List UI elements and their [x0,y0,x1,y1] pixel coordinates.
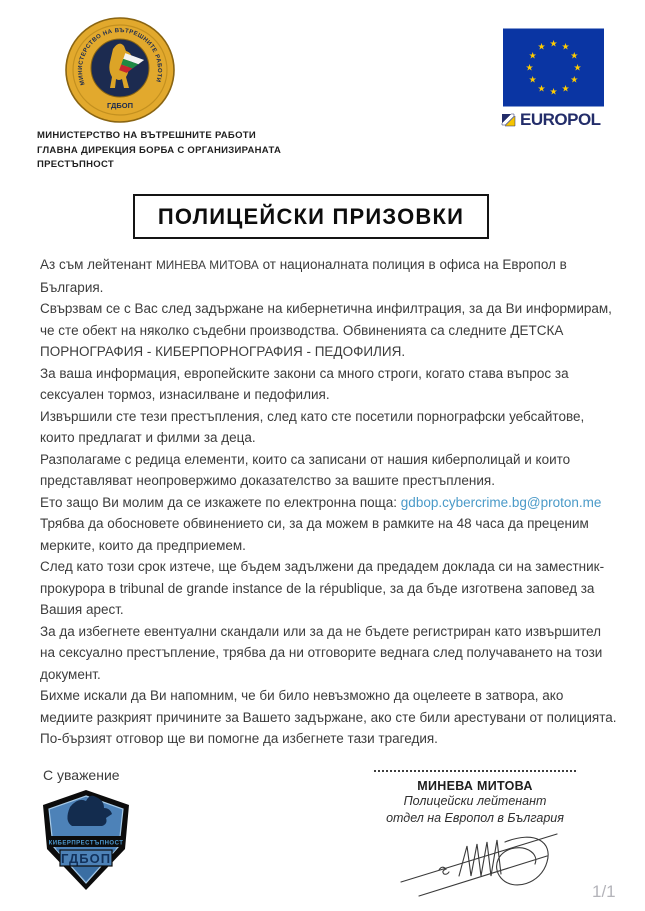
signer-role-2: отдел на Европол в България [374,810,576,827]
paragraph-intro: Аз съм лейтенант МИНЕВА МИТОВА от национ… [40,254,618,298]
svg-text:★: ★ [570,75,578,85]
paragraph: За ваша информация, европейските закони … [40,363,618,406]
svg-text:★: ★ [561,42,569,52]
svg-text:★: ★ [561,83,569,93]
closing-text: С уважение [43,767,120,783]
paragraph-email: Ето защо Ви молим да се изкажете по елек… [40,492,618,514]
eu-flag-icon: ★ ★ ★ ★ ★ ★ ★ ★ ★ ★ ★ ★ [503,28,604,107]
svg-text:★: ★ [570,51,578,61]
signer-name: МИНЕВА МИТОВА [374,779,576,793]
ministry-badge-logo: МИНИСТЕРСТВО НА ВЪТРЕШНИТЕ РАБОТИ ГДБОП [64,16,176,124]
svg-text:★: ★ [573,63,581,73]
paragraph: Свързвам се с Вас след задържане на кибе… [40,298,618,363]
paragraph: След като този срок изтече, ще бъдем зад… [40,556,618,621]
signature-dotted-line [374,770,576,772]
page-number: 1/1 [592,882,616,902]
svg-text:★: ★ [529,75,537,85]
shield-label: ГДБОП [61,851,111,866]
svg-text:★: ★ [537,83,545,93]
svg-text:★: ★ [525,63,533,73]
letter-body: Аз съм лейтенант МИНЕВА МИТОВА от национ… [40,254,618,750]
europol-wordmark: EUROPOL [520,110,601,130]
document-page: МИНИСТЕРСТВО НА ВЪТРЕШНИТЕ РАБОТИ ГДБОП … [0,0,645,911]
europol-emblem-icon [501,112,517,128]
handwritten-signature [397,828,567,900]
ministry-line-1: МИНИСТЕРСТВО НА ВЪТРЕШНИТЕ РАБОТИ [37,129,281,144]
svg-text:★: ★ [537,42,545,52]
gdbop-shield-icon: КИБЕРПРЕСТЪПНОСТ ГДБОП [40,789,132,891]
svg-text:★: ★ [549,87,557,97]
title-box: ПОЛИЦЕЙСКИ ПРИЗОВКИ [133,194,489,239]
paragraph: Разполагаме с редица елементи, които са … [40,449,618,492]
paragraph: По-бързият отговор ще ви помогне да избе… [40,728,618,750]
ministry-line-2: ГЛАВНА ДИРЕКЦИЯ БОРБА С ОРГАНИЗИРАНАТА [37,144,281,159]
ministry-line-3: ПРЕСТЪПНОСТ [37,158,281,173]
svg-text:★: ★ [549,39,557,49]
gdbop-shield-logo: КИБЕРПРЕСТЪПНОСТ ГДБОП [40,789,132,891]
paragraph: Извършили сте тези престъпления, след ка… [40,406,618,449]
intro-prefix: Аз съм лейтенант [40,257,156,272]
svg-text:★: ★ [529,51,537,61]
europol-logo: EUROPOL [501,110,601,130]
email-prefix: Ето защо Ви молим да се изкажете по елек… [40,495,401,510]
paragraph: Бихме искали да Ви напомним, че би било … [40,685,618,728]
page-title: ПОЛИЦЕЙСКИ ПРИЗОВКИ [158,204,464,230]
shield-band-text: КИБЕРПРЕСТЪПНОСТ [49,841,124,847]
signer-role-1: Полицейски лейтенант [374,793,576,810]
ministry-badge-icon: МИНИСТЕРСТВО НА ВЪТРЕШНИТЕ РАБОТИ ГДБОП [64,16,176,124]
signature-block: МИНЕВА МИТОВА Полицейски лейтенант отдел… [374,770,576,905]
paragraph: За да избегнете евентуални скандали или … [40,621,618,686]
email-link[interactable]: gdbop.cybercrime.bg@proton.me [401,495,602,510]
ministry-header-text: МИНИСТЕРСТВО НА ВЪТРЕШНИТЕ РАБОТИ ГЛАВНА… [37,129,281,173]
badge-bottom-text: ГДБОП [107,101,133,110]
paragraph: Трябва да обосновете обвинението си, за … [40,513,618,556]
officer-name-inline: МИНЕВА МИТОВА [156,258,259,272]
